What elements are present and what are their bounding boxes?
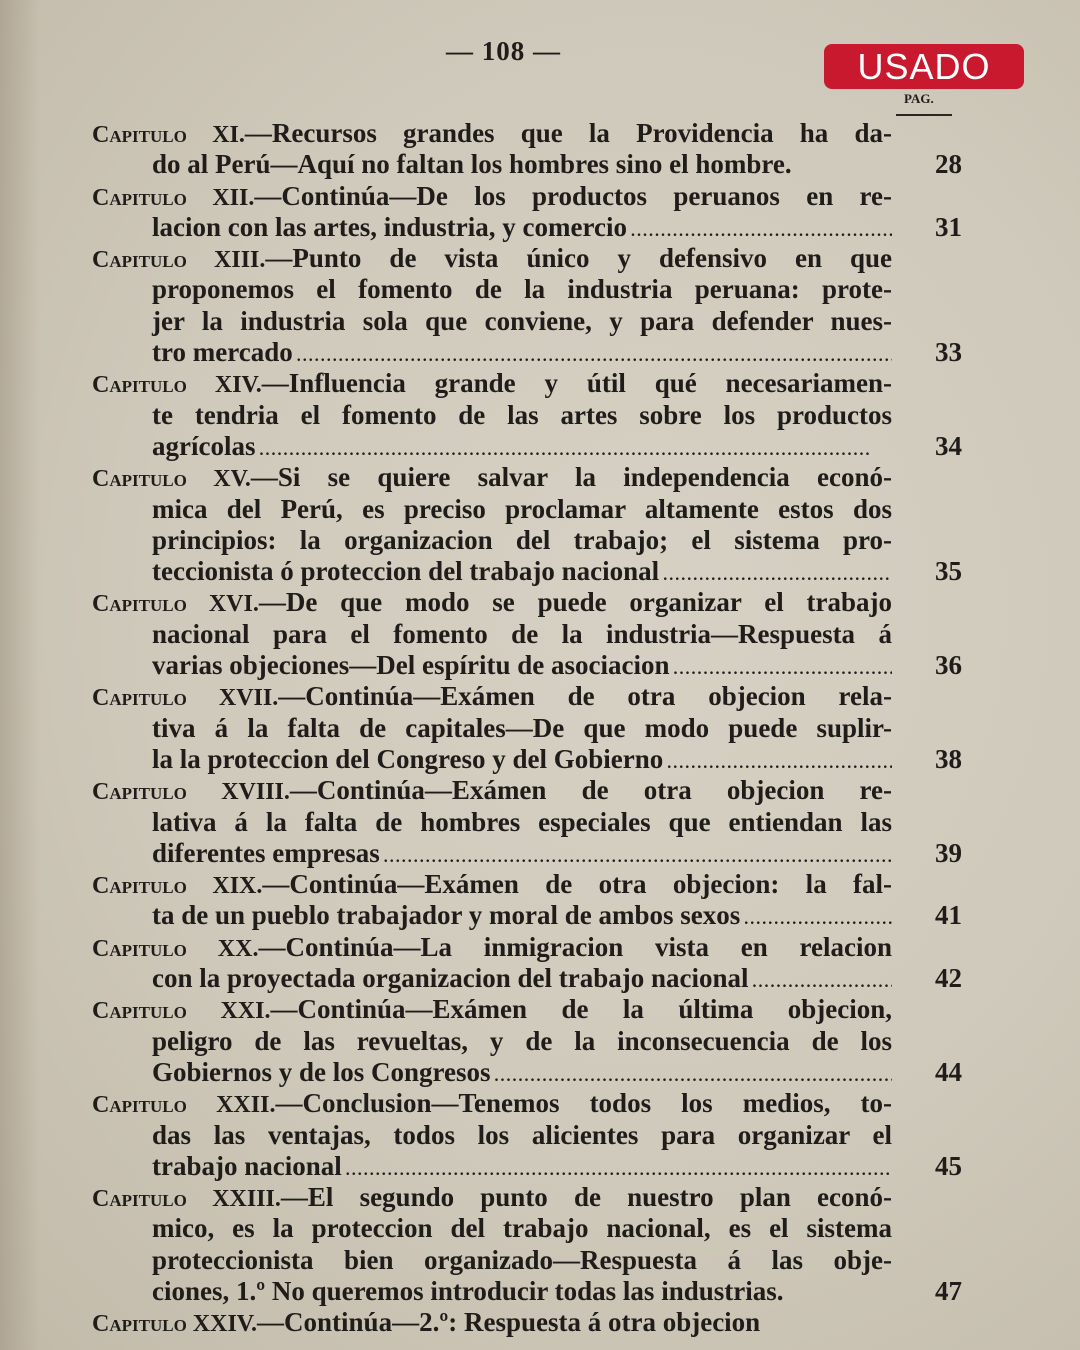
chapter-title-text: —De que modo se puede organizar el traba…	[259, 587, 892, 617]
chapter-title-text: —Continúa—La inmigracion vista en relaci…	[258, 932, 892, 962]
toc-entry: Capitulo XIV.—Influencia grande y útil q…	[92, 368, 962, 462]
toc-entry-line: la la proteccion del Congreso y del Gobi…	[92, 744, 892, 775]
chapter-title-text: ta de un pueblo trabajador y moral de am…	[152, 900, 740, 931]
toc-entry-line: tiva á la falta de capitales—De que modo…	[92, 713, 892, 744]
toc-entry-line: tro mercado.............................…	[92, 337, 892, 368]
page-reference: 45	[902, 1151, 962, 1182]
toc-entry-line: Capitulo XIII.—Punto de vista único y de…	[92, 243, 892, 274]
chapter-title-text: jer la industria sola que conviene, y pa…	[152, 306, 892, 336]
chapter-title-text: principios: la organizacion del trabajo;…	[152, 525, 892, 555]
toc-entry-line: proponemos el fomento de la industria pe…	[92, 274, 892, 305]
toc-entry-line: Capitulo XXIII.—El segundo punto de nues…	[92, 1182, 892, 1213]
toc-entry-line: das las ventajas, todos los alicientes p…	[92, 1120, 892, 1151]
toc-entry-line: Capitulo XV.—Si se quiere salvar la inde…	[92, 462, 892, 493]
toc-entry-line: teccionista ó proteccion del trabajo nac…	[92, 556, 892, 587]
page-reference: 47	[902, 1276, 962, 1307]
chapter-title-text: —Punto de vista único y defensivo en que	[265, 243, 892, 273]
toc-entry-line: ciones, 1.º No queremos introducir todas…	[92, 1276, 892, 1307]
toc-entry-line: Capitulo XIV.—Influencia grande y útil q…	[92, 368, 892, 399]
page-reference: 44	[902, 1057, 962, 1088]
toc-entry-line: proteccionista bien organizado—Respuesta…	[92, 1245, 892, 1276]
toc-entry-line: do al Perú—Aquí no faltan los hombres si…	[92, 149, 892, 180]
chapter-title-text: —Conclusion—Tenemos todos los medios, to…	[275, 1088, 892, 1118]
toc-entry-line: Capitulo XII.—Continúa—De los productos …	[92, 181, 892, 212]
chapter-title-text: das las ventajas, todos los alicientes p…	[152, 1120, 892, 1150]
toc-entry-line: te tendria el fomento de las artes sobre…	[92, 400, 892, 431]
toc-entry-line: Capitulo XVIII.—Continúa—Exámen de otra …	[92, 775, 892, 806]
used-condition-badge: USADO	[824, 44, 1024, 89]
page-reference: 41	[902, 900, 962, 931]
chapter-label: Capitulo XIX.	[92, 873, 262, 899]
chapter-title-text: tiva á la falta de capitales—De que modo…	[152, 713, 892, 743]
chapter-label: Capitulo XXI.	[92, 998, 270, 1024]
toc-entry: Capitulo XX.—Continúa—La inmigracion vis…	[92, 932, 962, 995]
toc-entry-line: Capitulo XVII.—Continúa—Exámen de otra o…	[92, 681, 892, 712]
chapter-title-text: —Si se quiere salvar la independencia ec…	[251, 462, 892, 492]
toc-entry-line: trabajo nacional........................…	[92, 1151, 892, 1182]
chapter-label: Capitulo XII.	[92, 185, 254, 211]
chapter-title-text: —El segundo punto de nuestro plan econó-	[281, 1182, 892, 1212]
toc-entry: Capitulo XIII.—Punto de vista único y de…	[92, 243, 962, 368]
chapter-title-text: varias objeciones—Del espíritu de asocia…	[152, 650, 669, 681]
toc-entry-line: principios: la organizacion del trabajo;…	[92, 525, 892, 556]
chapter-title-text: —Continúa—Exámen de otra objecion re-	[290, 775, 892, 805]
chapter-title-text: tro mercado	[152, 337, 293, 368]
page-reference: 38	[902, 744, 962, 775]
chapter-label: Capitulo XIV.	[92, 372, 262, 398]
chapter-title-text: nacional para el fomento de la industria…	[152, 619, 892, 649]
toc-entry-line: Capitulo XXI.—Continúa—Exámen de la últi…	[92, 994, 892, 1025]
chapter-title-text: trabajo nacional	[152, 1151, 342, 1182]
chapter-label: Capitulo XI.	[92, 122, 245, 148]
page-reference: 34	[902, 431, 962, 462]
chapter-title-text: do al Perú—Aquí no faltan los hombres si…	[152, 149, 792, 180]
chapter-title-text: —Continúa—Exámen de otra objecion: la fa…	[262, 869, 892, 899]
page-reference: 35	[902, 556, 962, 587]
page-reference: 36	[902, 650, 962, 681]
toc-entry-line: mica del Perú, es preciso proclamar alta…	[92, 494, 892, 525]
toc-entry-line: ta de un pueblo trabajador y moral de am…	[92, 900, 892, 931]
chapter-title-text: —Continúa—2.º: Respuesta á otra objecion	[257, 1307, 760, 1338]
toc-entry: Capitulo XVII.—Continúa—Exámen de otra o…	[92, 681, 962, 775]
chapter-title-text: —Continúa—Exámen de la última objecion,	[270, 994, 892, 1024]
toc-entry: Capitulo XVI.—De que modo se puede organ…	[92, 587, 962, 681]
chapter-title-text: proponemos el fomento de la industria pe…	[152, 274, 892, 304]
chapter-title-text: —Continúa—Exámen de otra objecion rela-	[278, 681, 892, 711]
page-reference: 42	[902, 963, 962, 994]
pag-header-rule	[896, 114, 952, 116]
chapter-title-text: agrícolas	[152, 431, 255, 462]
page-shadow	[0, 0, 40, 1350]
toc-entry-line: Capitulo XXIV.—Continúa—2.º: Respuesta á…	[92, 1307, 892, 1338]
page-reference: 31	[902, 212, 962, 243]
toc-entry: Capitulo XV.—Si se quiere salvar la inde…	[92, 462, 962, 587]
chapter-title-text: diferentes empresas	[152, 838, 380, 869]
chapter-title-text: mica del Perú, es preciso proclamar alta…	[152, 494, 892, 524]
table-of-contents: Capitulo XI.—Recursos grandes que la Pro…	[92, 118, 962, 1339]
chapter-title-text: proteccionista bien organizado—Respuesta…	[152, 1245, 892, 1275]
toc-entry-line: lacion con las artes, industria, y comer…	[92, 212, 892, 243]
toc-entry-line: Capitulo XVI.—De que modo se puede organ…	[92, 587, 892, 618]
toc-entry-line: lativa á la falta de hombres especiales …	[92, 807, 892, 838]
chapter-title-text: la la proteccion del Congreso y del Gobi…	[152, 744, 663, 775]
page-reference: 39	[902, 838, 962, 869]
chapter-label: Capitulo XIII.	[92, 247, 265, 273]
chapter-title-text: con la proyectada organizacion del traba…	[152, 963, 748, 994]
chapter-title-text: —Continúa—De los productos peruanos en r…	[254, 181, 892, 211]
chapter-label: Capitulo XXIV.	[92, 1309, 257, 1340]
chapter-label: Capitulo XXII.	[92, 1092, 275, 1118]
chapter-title-text: lacion con las artes, industria, y comer…	[152, 212, 627, 243]
toc-entry-line: Gobiernos y de los Congresos............…	[92, 1057, 892, 1088]
chapter-title-text: te tendria el fomento de las artes sobre…	[152, 400, 892, 430]
toc-entry-line: peligro de las revueltas, y de la incons…	[92, 1026, 892, 1057]
toc-entry: Capitulo XXIV.—Continúa—2.º: Respuesta á…	[92, 1307, 962, 1338]
toc-entry-line: Capitulo XIX.—Continúa—Exámen de otra ob…	[92, 869, 892, 900]
toc-entry-line: diferentes empresas.....................…	[92, 838, 892, 869]
toc-entry-line: con la proyectada organizacion del traba…	[92, 963, 892, 994]
chapter-title-text: ciones, 1.º No queremos introducir todas…	[152, 1276, 783, 1307]
toc-entry-line: Capitulo XX.—Continúa—La inmigracion vis…	[92, 932, 892, 963]
chapter-title-text: Gobiernos y de los Congresos	[152, 1057, 491, 1088]
toc-entry: Capitulo XI.—Recursos grandes que la Pro…	[92, 118, 962, 181]
toc-entry-line: agrícolas...............................…	[92, 431, 892, 462]
chapter-label: Capitulo XV.	[92, 466, 251, 492]
page-reference: 28	[902, 149, 962, 180]
chapter-label: Capitulo XXIII.	[92, 1186, 281, 1212]
pag-column-header: PAG.	[904, 91, 934, 107]
chapter-label: Capitulo XX.	[92, 936, 258, 962]
chapter-title-text: —Recursos grandes que la Providencia ha …	[245, 118, 892, 148]
toc-entry-line: varias objeciones—Del espíritu de asocia…	[92, 650, 892, 681]
chapter-label: Capitulo XVIII.	[92, 779, 290, 805]
toc-entry: Capitulo XXIII.—El segundo punto de nues…	[92, 1182, 962, 1307]
chapter-label: Capitulo XVI.	[92, 591, 259, 617]
toc-entry-line: Capitulo XI.—Recursos grandes que la Pro…	[92, 118, 892, 149]
page-number: — 108 —	[446, 36, 561, 67]
toc-entry: Capitulo XIX.—Continúa—Exámen de otra ob…	[92, 869, 962, 932]
toc-entry: Capitulo XII.—Continúa—De los productos …	[92, 181, 962, 244]
chapter-label: Capitulo XVII.	[92, 685, 278, 711]
toc-entry: Capitulo XXII.—Conclusion—Tenemos todos …	[92, 1088, 962, 1182]
toc-entry-line: mico, es la proteccion del trabajo nacio…	[92, 1213, 892, 1244]
chapter-title-text: lativa á la falta de hombres especiales …	[152, 807, 892, 837]
chapter-title-text: —Influencia grande y útil qué necesariam…	[262, 368, 892, 398]
chapter-title-text: mico, es la proteccion del trabajo nacio…	[152, 1213, 892, 1243]
chapter-title-text: peligro de las revueltas, y de la incons…	[152, 1026, 892, 1056]
toc-entry-line: Capitulo XXII.—Conclusion—Tenemos todos …	[92, 1088, 892, 1119]
chapter-title-text: teccionista ó proteccion del trabajo nac…	[152, 556, 659, 587]
toc-entry-line: nacional para el fomento de la industria…	[92, 619, 892, 650]
toc-entry-line: jer la industria sola que conviene, y pa…	[92, 306, 892, 337]
page-reference: 33	[902, 337, 962, 368]
toc-entry: Capitulo XXI.—Continúa—Exámen de la últi…	[92, 994, 962, 1088]
toc-entry: Capitulo XVIII.—Continúa—Exámen de otra …	[92, 775, 962, 869]
